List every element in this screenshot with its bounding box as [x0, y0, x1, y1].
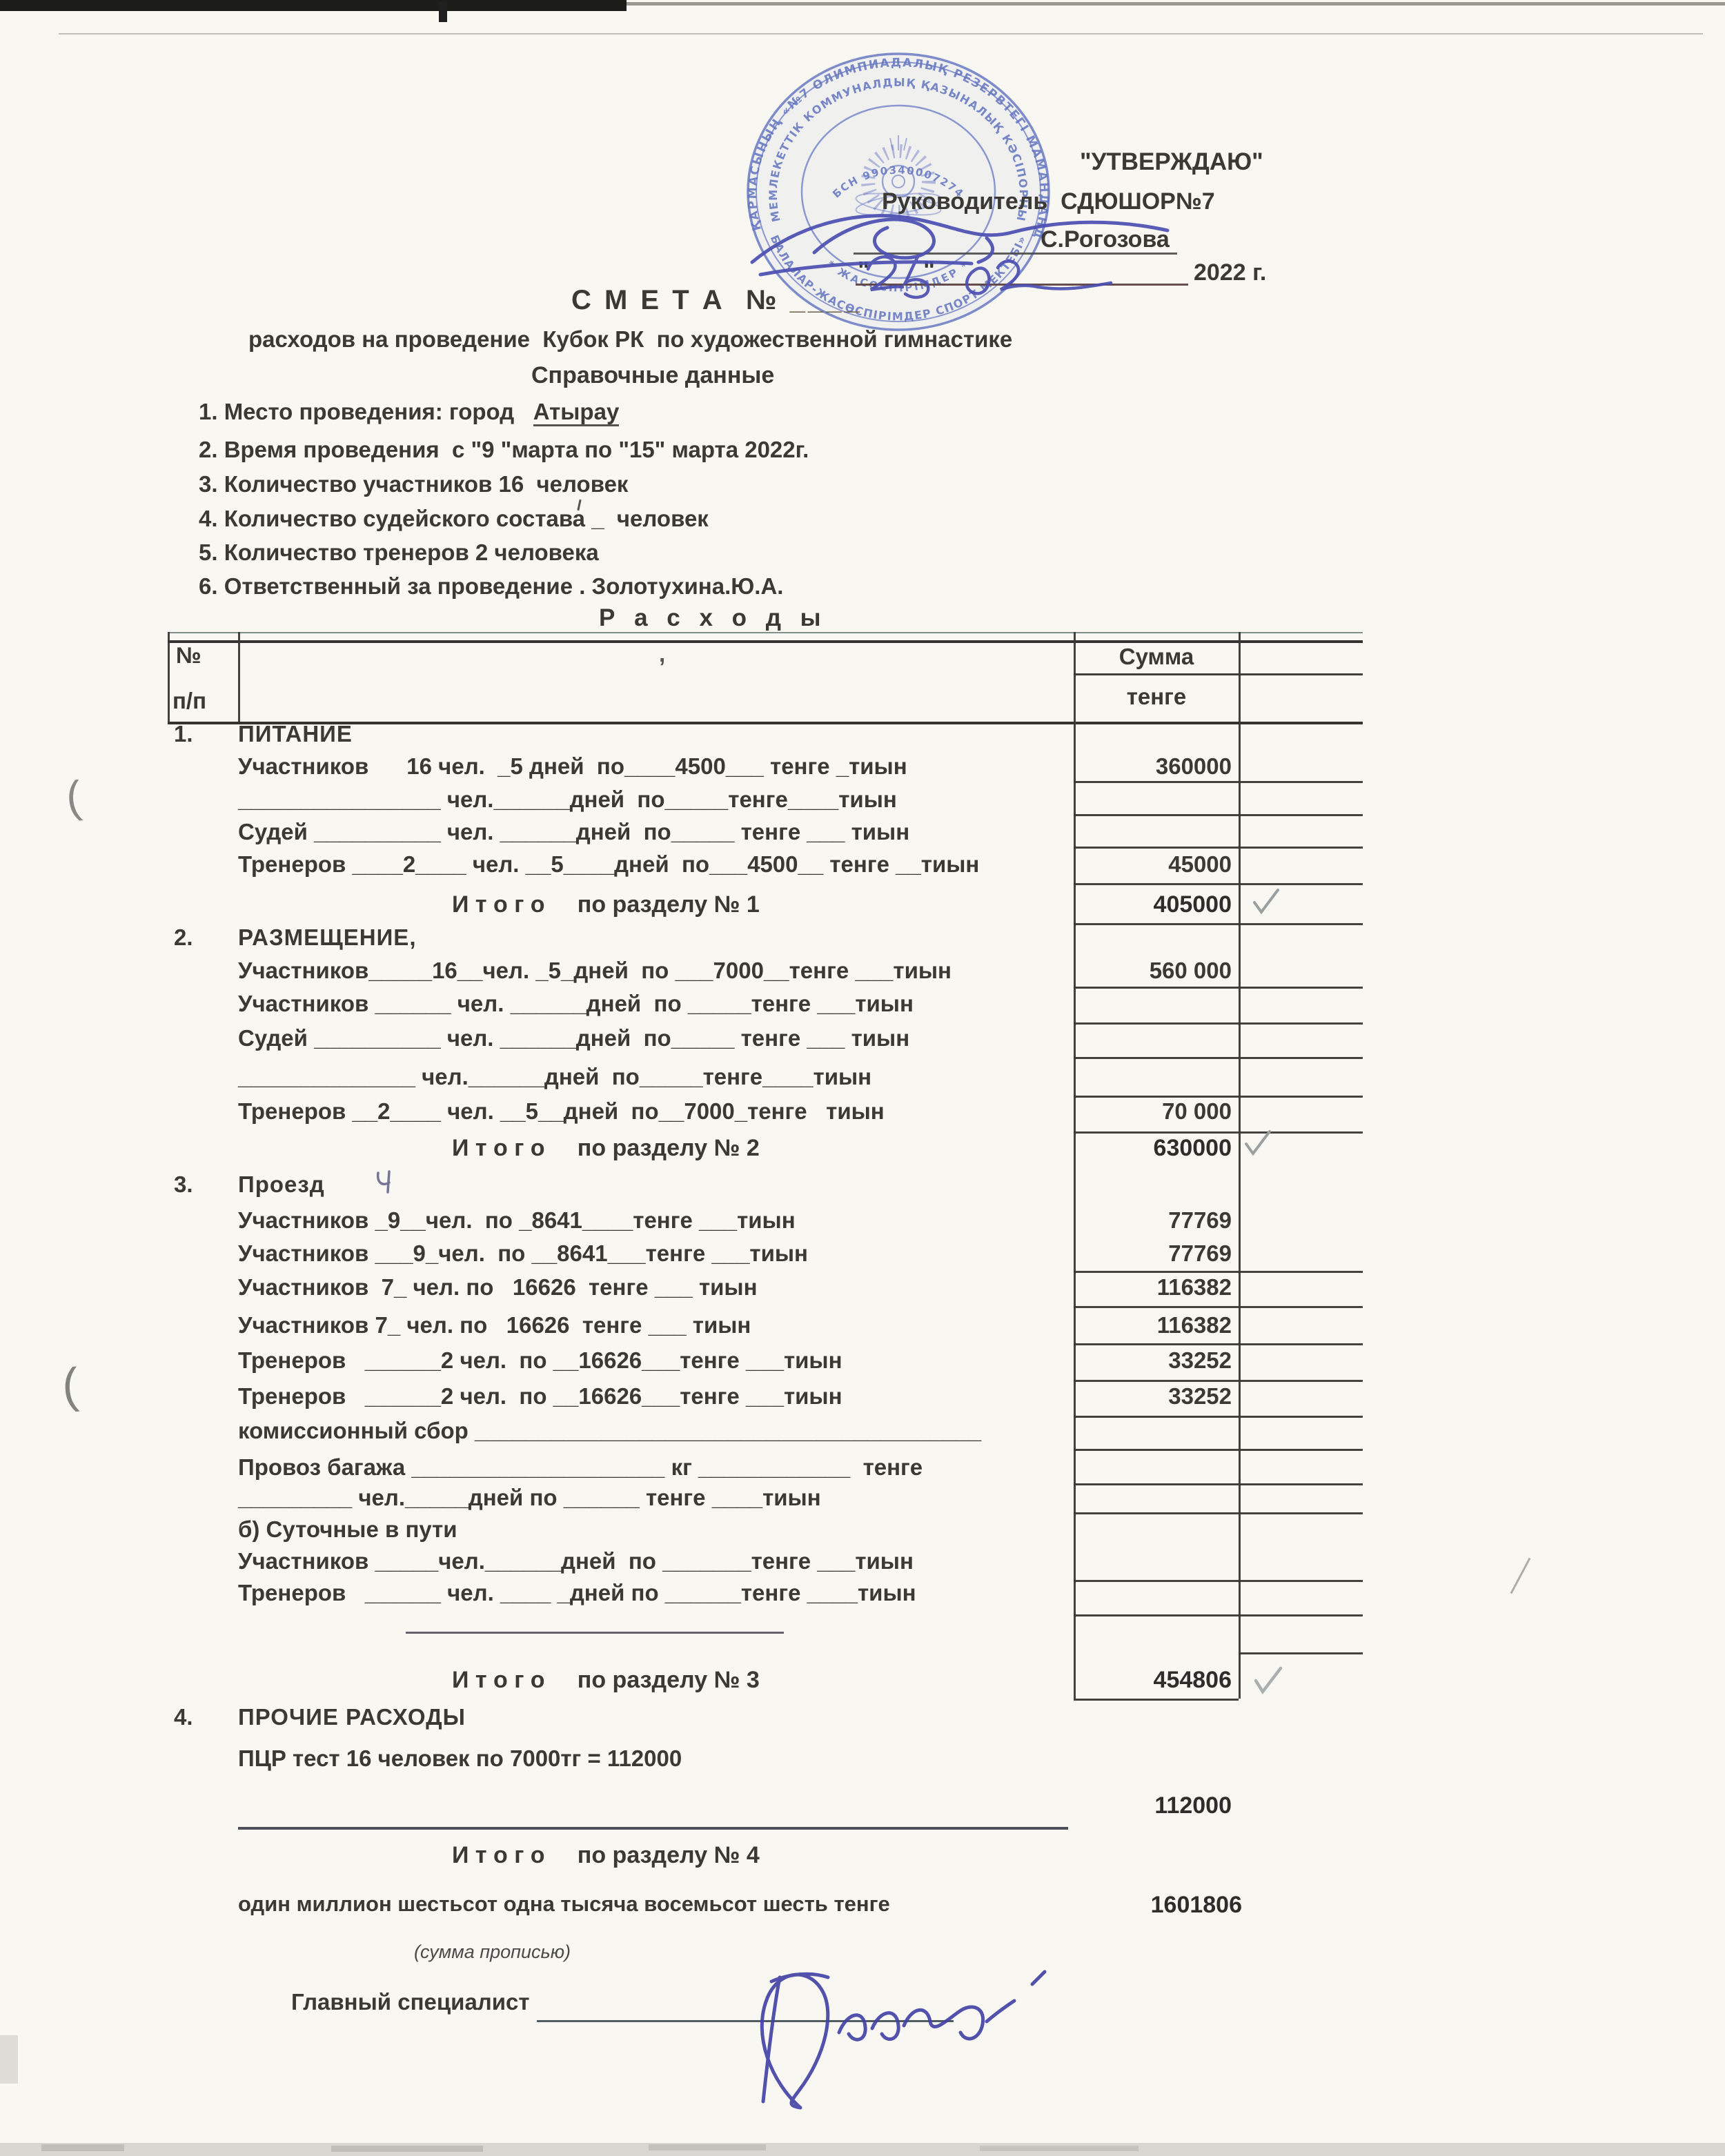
table-grid-vline [168, 632, 170, 722]
col-num-top: № [176, 642, 201, 669]
reference-header: Справочные данные [531, 362, 774, 389]
table-grid-hline [168, 632, 1363, 633]
col-num-bottom: п/п [172, 687, 206, 715]
table-grid-hline [1074, 847, 1363, 849]
col-sum-bottom: тенге [1074, 683, 1239, 711]
section-1-row-4-text: Тренеров ____2____ чел. __5____дней по__… [238, 851, 979, 878]
scan-top-tick [439, 1, 447, 22]
section4-total-label: И т о г о по разделу № 4 [452, 1842, 760, 1869]
grand-total-words: один миллион шестьсот одна тысяча восемь… [238, 1892, 890, 1917]
table-grid-vline [238, 632, 240, 722]
section-3-total-label: И т о г о по разделу № 3 [452, 1667, 760, 1694]
scan-paren-mark-1: ( [63, 771, 83, 823]
reference-item-4: 4. Количество судейского состава _ челов… [199, 505, 709, 533]
table-grid-vline [1074, 632, 1076, 1699]
scan-bottom-blotch-3 [649, 2144, 766, 2150]
reference-item-3: 3. Количество участников 16 человек [199, 471, 628, 498]
table-grid-hline [1074, 1416, 1363, 1418]
table-grid-hline [1074, 1131, 1363, 1134]
reference-item-2: 2. Время проведения с "9 "марта по "15" … [199, 436, 809, 464]
table-grid-hline [1074, 1512, 1363, 1514]
section-1-row-2-text: ________________ чел.______дней по_____т… [238, 787, 897, 813]
scan-top-thin-bar [627, 2, 1725, 6]
section-2-row-1-amount: 560 000 [1076, 958, 1240, 984]
scan-paren-mark-2: ( [60, 1357, 80, 1413]
scan-top-black-bar [0, 0, 627, 11]
scanned-smeta-document: ( ( СПОРТ БАСҚАРМАСЫНЫҢ «№7 ОЛИМПИАДАЛЫ [0, 0, 1725, 2156]
section-2-total-amount: 630000 [1076, 1135, 1240, 1162]
signer-label: Главный специалист [291, 1988, 530, 2016]
section-3-row-1-amount: 77769 [1076, 1207, 1240, 1234]
table-grid-hline [168, 640, 1363, 643]
table-grid-hline [537, 2020, 954, 2022]
table-grid-hline [168, 722, 1363, 724]
section-1-total-amount: 405000 [1076, 891, 1240, 918]
approve-word: "УТВЕРЖДАЮ" [1080, 148, 1263, 176]
table-grid-hline [59, 33, 1703, 34]
section-1-row-3-text: Судей __________ чел. ______дней по_____… [238, 819, 909, 845]
section-3-total-amount: 454806 [1076, 1667, 1240, 1694]
checkmark-section2 [1246, 1131, 1270, 1154]
section-3-row-9-text: _________ чел._____дней по ______ тенге … [238, 1485, 821, 1511]
section-3-title: Проезд [238, 1171, 325, 1198]
checkmark-section1 [1254, 890, 1278, 912]
table-grid-hline [1074, 1449, 1363, 1451]
reference-item-5: 5. Количество тренеров 2 человека [199, 539, 599, 566]
section-2-row-1-text: Участников_____16__чел. _5_дней по ___70… [238, 958, 952, 984]
scan-bottom-blotch-1 [41, 2144, 124, 2151]
grand-total-amount: 1601806 [1087, 1892, 1250, 1919]
table-grid-hline [854, 253, 1177, 255]
section4-number: 4. [174, 1704, 193, 1730]
section-1-total-label: И т о г о по разделу № 1 [452, 891, 760, 918]
section-3-row-3-amount: 116382 [1076, 1274, 1240, 1300]
col-desc-mark: , [659, 640, 665, 668]
table-grid-hline [238, 1827, 1068, 1830]
approve-director-line: Руководитель СДЮШОР№7 [882, 188, 1215, 215]
col-sum-top: Сумма [1074, 643, 1239, 671]
section-3-row-12-text: Тренеров ______ чел. ____ _дней по _____… [238, 1580, 916, 1606]
table-grid-hline [1074, 1580, 1363, 1582]
section-3-row-3-text: Участников 7_ чел. по 16626 тенге ___ ти… [238, 1274, 758, 1300]
section4-line1: ПЦР тест 16 человек по 7000тг = 112000 [238, 1745, 682, 1772]
specialist-signature [762, 1972, 1045, 2108]
table-grid-hline [1074, 1614, 1363, 1616]
scan-bottom-strip [0, 2143, 1725, 2156]
date-year: 2022 г. [1194, 259, 1266, 286]
checkmark-section3 [1256, 1668, 1281, 1692]
pen-mark-near-proezd [378, 1171, 389, 1192]
table-grid-hline [856, 284, 1188, 286]
scan-left-smudge [0, 2035, 18, 2084]
table-grid-hline [1074, 1022, 1363, 1025]
expenses-heading: Р а с х о д ы [599, 604, 827, 632]
table-grid-hline [1074, 1271, 1363, 1273]
table-grid-hline [1074, 1699, 1239, 1701]
section-2-total-label: И т о г о по разделу № 2 [452, 1135, 760, 1162]
section-3-row-10-text: б) Суточные в пути [238, 1516, 457, 1543]
table-grid-hline [1074, 987, 1363, 989]
table-grid-hline [1074, 781, 1363, 783]
section-3-row-2-amount: 77769 [1076, 1240, 1240, 1267]
section4-title: ПРОЧИЕ РАСХОДЫ [238, 1704, 466, 1730]
table-grid-hline [1074, 1483, 1363, 1485]
table-grid-vline [1239, 632, 1241, 1699]
smeta-title: С М Е Т А № ____ [571, 285, 862, 316]
smeta-number-blank: ____ [779, 285, 862, 315]
section-3-row-7-text: комиссионный сбор ______________________… [238, 1418, 981, 1444]
approve-director-name: С.Рогозова [1041, 226, 1170, 253]
table-grid-hline [1074, 1343, 1363, 1345]
section-3-number: 3. [174, 1171, 193, 1198]
sum-note: (сумма прописью) [414, 1941, 571, 1963]
section-3-row-8-text: Провоз багажа ____________________ кг __… [238, 1454, 923, 1481]
reference-item-1: 1. Место проведения: город Атырау [199, 398, 619, 426]
section-3-row-6-amount: 33252 [1076, 1383, 1240, 1410]
section-1-row-4-amount: 45000 [1076, 851, 1240, 878]
section-3-row-5-amount: 33252 [1076, 1347, 1240, 1374]
section-2-row-5-amount: 70 000 [1076, 1098, 1240, 1125]
section-3-row-11-text: Участников _____чел.______дней по ______… [238, 1548, 914, 1574]
section-2-number: 2. [174, 924, 193, 951]
scan-bottom-blotch-4 [980, 2146, 1138, 2151]
section-3-row-4-amount: 116382 [1076, 1312, 1240, 1338]
section-1-row-1-amount: 360000 [1076, 753, 1240, 780]
reference-item-underlined-value: Атырау [533, 399, 620, 426]
table-grid-hline [1074, 1096, 1363, 1098]
date-close-quote: " [923, 257, 935, 284]
table-grid-hline [1074, 1380, 1363, 1382]
section4-line1-amount: 112000 [1076, 1792, 1240, 1819]
section-2-row-3-text: Судей __________ чел. ______дней по_____… [238, 1025, 909, 1051]
section-3-row-4-text: Участников 7_ чел. по 16626 тенге ___ ти… [238, 1312, 751, 1338]
section-2-row-2-text: Участников ______ чел. ______дней по ___… [238, 991, 914, 1017]
section-3-row-6-text: Тренеров ______2 чел. по __16626___тенге… [238, 1383, 842, 1410]
table-grid-hline [1074, 814, 1363, 816]
section-1-title: ПИТАНИЕ [238, 721, 353, 747]
table-grid-hline [406, 1632, 784, 1634]
section-3-row-2-text: Участников ___9_чел. по __8641___тенге _… [238, 1240, 808, 1267]
section-2-row-4-text: ______________ чел.______дней по_____тен… [238, 1064, 871, 1090]
smeta-subtitle: расходов на проведение Кубок РК по худож… [248, 326, 1012, 353]
section-2-row-5-text: Тренеров __2____ чел. __5__дней по__7000… [238, 1098, 885, 1125]
date-open-quote: " [858, 257, 869, 284]
section-3-row-5-text: Тренеров ______2 чел. по __16626___тенге… [238, 1347, 842, 1374]
section-2-title: РАЗМЕЩЕНИЕ, [238, 924, 416, 951]
table-grid-hline [1074, 923, 1363, 925]
scan-bottom-blotch-2 [331, 2146, 483, 2152]
section-1-row-1-text: Участников 16 чел. _5 дней по____4500___… [238, 753, 907, 780]
table-grid-hline [1239, 1652, 1363, 1654]
scan-slash-mark [1510, 1558, 1531, 1594]
table-grid-hline [1074, 673, 1363, 675]
section-1-number: 1. [174, 721, 193, 747]
table-grid-hline [1074, 883, 1363, 885]
table-grid-hline [1074, 1057, 1363, 1059]
reference-item-6: 6. Ответственный за проведение . Золотух… [199, 573, 783, 600]
table-grid-hline [1074, 1306, 1363, 1308]
section-3-row-1-text: Участников _9__чел. по _8641____тенге __… [238, 1207, 796, 1234]
